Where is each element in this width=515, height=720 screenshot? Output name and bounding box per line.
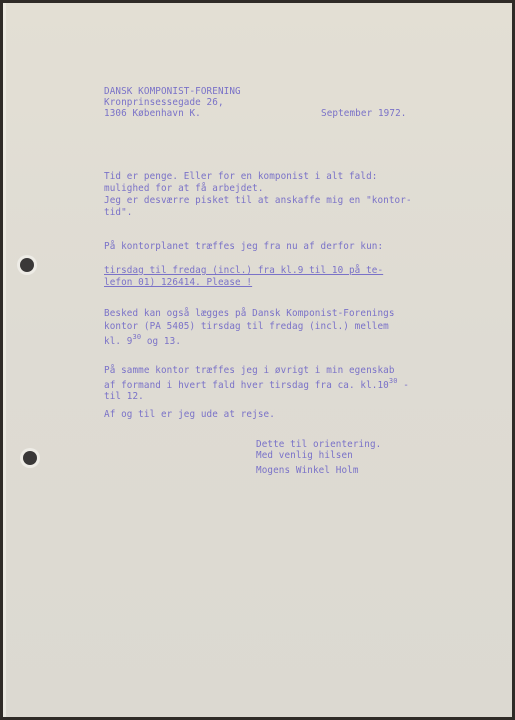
- para1-line2: mulighed for at få arbejdet.: [104, 183, 264, 194]
- sender-city: 1306 København K.: [104, 108, 201, 119]
- para1-line3: Jeg er desværre pisket til at anskaffe m…: [104, 195, 412, 206]
- closing-line1: Dette til orientering.: [256, 439, 381, 450]
- signature: Mogens Winkel Holm: [256, 465, 359, 476]
- para3-line3: kl. 930 og 13.: [104, 336, 181, 347]
- para1-line4: tid".: [104, 207, 133, 218]
- para5: Af og til er jeg ude at rejse.: [104, 409, 275, 420]
- letter-date: September 1972.: [321, 108, 406, 119]
- para3-line2: kontor (PA 5405) tirsdag til fredag (inc…: [104, 321, 389, 332]
- para4-line1: På samme kontor træffes jeg i øvrigt i m…: [104, 365, 395, 376]
- sender-name: DANSK KOMPONIST-FORENING: [104, 86, 241, 97]
- para3-line1: Besked kan også lægges på Dansk Komponis…: [104, 308, 395, 319]
- para1-line1: Tid er penge. Eller for en komponist i a…: [104, 171, 377, 182]
- para4-line2: af formand i hvert fald hver tirsdag fra…: [104, 380, 409, 391]
- punch-hole-top: [20, 258, 34, 272]
- letter-page: DANSK KOMPONIST-FORENING Kronprinsessega…: [3, 3, 512, 717]
- para2-line3: lefon 01) 126414. Please !: [104, 277, 252, 288]
- sender-street: Kronprinsessegade 26,: [104, 97, 224, 108]
- page-edge: [3, 3, 6, 717]
- para2-line2: tirsdag til fredag (incl.) fra kl.9 til …: [104, 265, 383, 276]
- punch-hole-bottom: [23, 451, 37, 465]
- para2-line1: På kontorplanet træffes jeg fra nu af de…: [104, 241, 383, 252]
- para4-line3: til 12.: [104, 391, 144, 402]
- closing-line2: Med venlig hilsen: [256, 450, 353, 461]
